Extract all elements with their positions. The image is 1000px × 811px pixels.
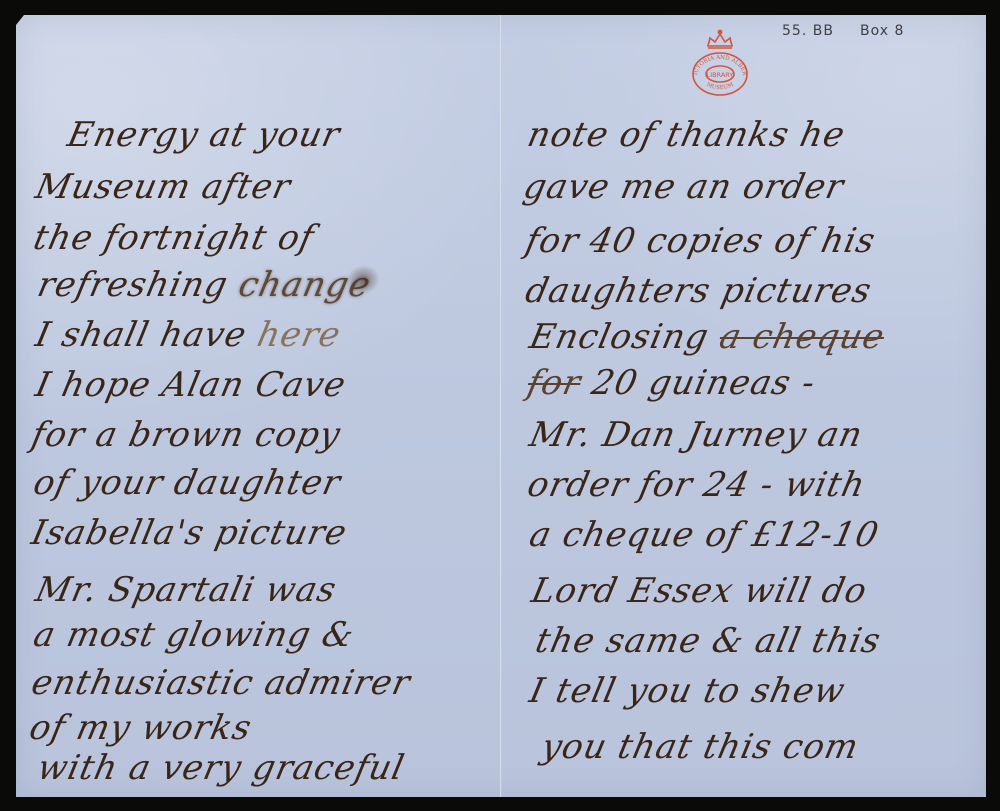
handwritten-line: for 20 guineas -	[524, 363, 819, 403]
handwritten-line: note of thanks he	[524, 115, 849, 155]
scanned-letter: Energy at your Museum after the fortnigh…	[0, 0, 1000, 811]
handwritten-line: I hope Alan Cave	[32, 365, 350, 405]
handwritten-line: I shall have here	[32, 315, 345, 355]
handwritten-line: for a brown copy	[28, 415, 344, 455]
handwritten-line: the fortnight of	[30, 218, 318, 258]
archive-reference: 55. BB	[782, 23, 834, 39]
handwritten-line: enthusiastic admirer	[28, 663, 414, 703]
handwritten-line: you that this com	[538, 727, 863, 767]
handwritten-line: refreshing change	[34, 265, 375, 305]
left-page: Energy at your Museum after the fortnigh…	[16, 15, 500, 797]
handwritten-line: of my works	[26, 708, 256, 748]
handwritten-line: the same & all this	[532, 621, 885, 661]
handwritten-line: for 40 copies of his	[522, 221, 879, 261]
handwritten-line: a most glowing &	[30, 615, 358, 655]
handwritten-line: Mr. Dan Jurney an	[526, 415, 867, 455]
handwritten-line: daughters pictures	[522, 271, 875, 311]
faded-word: here	[254, 315, 345, 355]
handwritten-line: I tell you to shew	[526, 671, 849, 711]
handwritten-line: with a very graceful	[34, 748, 408, 788]
struck-through-text: for	[524, 363, 585, 403]
handwritten-line: Mr. Spartali was	[32, 570, 340, 610]
handwritten-line: of your daughter	[30, 463, 345, 503]
svg-text:MUSEUM: MUSEUM	[706, 82, 735, 91]
handwritten-line: gave me an order	[520, 167, 848, 207]
handwritten-line: Isabella's picture	[28, 513, 351, 553]
handwritten-line: Energy at your	[64, 115, 344, 155]
library-stamp: LIBRARY VICTORIA AND ALBERT MUSEUM	[680, 24, 760, 104]
handwritten-line: Enclosing a cheque	[526, 317, 888, 357]
crown-oval-stamp-icon: LIBRARY VICTORIA AND ALBERT MUSEUM	[680, 24, 760, 104]
handwritten-line: Museum after	[32, 167, 295, 207]
handwritten-line: Lord Essex will do	[528, 571, 871, 611]
svg-text:LIBRARY: LIBRARY	[707, 71, 734, 79]
letter-paper: Energy at your Museum after the fortnigh…	[16, 15, 986, 797]
handwritten-line: a cheque of £12-10	[526, 515, 883, 555]
svg-text:VICTORIA AND ALBERT: VICTORIA AND ALBERT	[680, 24, 747, 77]
right-page: 55. BB Box 8 note of thanks he gave me a…	[502, 15, 986, 797]
archive-box-number: Box 8	[860, 23, 904, 39]
handwritten-line: order for 24 - with	[524, 465, 869, 505]
struck-through-text: a cheque	[716, 317, 888, 357]
